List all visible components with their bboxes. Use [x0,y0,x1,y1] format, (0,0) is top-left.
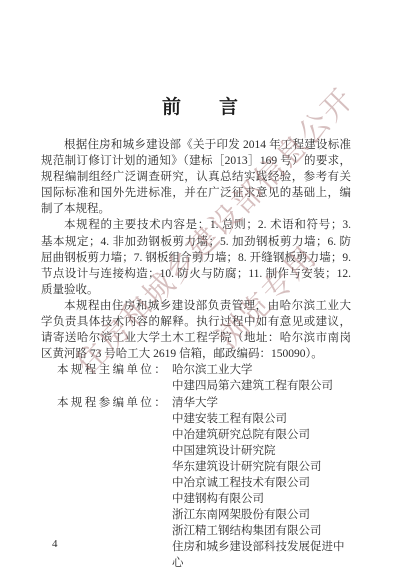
participating-units: 清华大学 中建安装工程有限公司 中冶建筑研究总院有限公司 中国建筑设计研究院 华… [172,395,351,572]
unit-item: 哈尔滨工业大学 [172,362,351,378]
document-page: 前 言 根据住房和城乡建设部《关于印发 2014 年工程建设标准规范制订修订计划… [0,0,400,579]
unit-item: 华东建筑设计研究院有限公司 [172,459,351,475]
unit-item: 中冶京诚工程技术有限公司 [172,475,351,491]
chief-editor-units: 哈尔滨工业大学 中建四局第六建筑工程有限公司 [172,362,351,394]
paragraph-contents: 本规程的主要技术内容是：1. 总则；2. 术语和符号；3. 基本规定；4. 非加… [41,217,351,297]
page-number: 4 [52,538,58,550]
foreword-body: 根据住房和城乡建设部《关于印发 2014 年工程建设标准规范制订修订计划的通知》… [41,137,351,572]
chief-editor-label: 本规程主编单位： [57,362,172,394]
unit-item: 浙江精工钢结构集团有限公司 [172,523,351,539]
participating-label: 本规程参编单位： [57,395,172,572]
unit-item: 中冶建筑研究总院有限公司 [172,427,351,443]
unit-item: 住房和城乡建设部科技发展促进中心 [172,539,351,571]
unit-item: 中建钢构有限公司 [172,491,351,507]
page-title: 前 言 [0,92,400,119]
unit-item: 中国建筑设计研究院 [172,443,351,459]
unit-item: 浙江东南网架股份有限公司 [172,507,351,523]
unit-item: 中建安装工程有限公司 [172,411,351,427]
participating-row: 本规程参编单位： 清华大学 中建安装工程有限公司 中冶建筑研究总院有限公司 中国… [41,395,351,572]
chief-editor-row: 本规程主编单位： 哈尔滨工业大学 中建四局第六建筑工程有限公司 [41,362,351,394]
paragraph-management: 本规程由住房和城乡建设部负责管理，由哈尔滨工业大学负责具体技术内容的解释。执行过… [41,298,351,362]
unit-item: 清华大学 [172,395,351,411]
unit-item: 中建四局第六建筑工程有限公司 [172,378,351,394]
paragraph-basis: 根据住房和城乡建设部《关于印发 2014 年工程建设标准规范制订修订计划的通知》… [41,137,351,217]
